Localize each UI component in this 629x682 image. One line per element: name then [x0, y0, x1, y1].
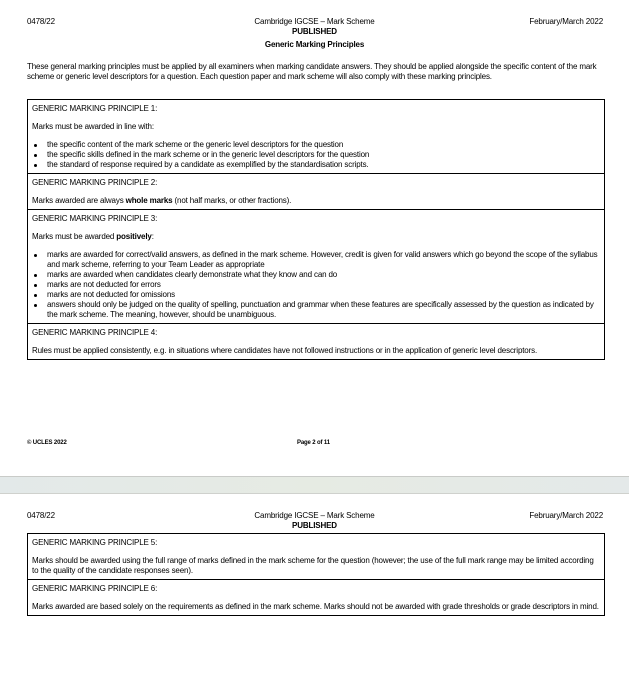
exam-session: February/March 2022: [529, 511, 603, 521]
principle-text-part: :: [152, 232, 154, 241]
principle-text: Marks should be awarded using the full r…: [32, 556, 600, 576]
list-item: marks are awarded when candidates clearl…: [32, 270, 600, 280]
principle-title: GENERIC MARKING PRINCIPLE 6:: [32, 584, 600, 594]
list-item: marks are not deducted for omissions: [32, 290, 600, 300]
page-number: Page 2 of 11: [297, 438, 330, 448]
published-label: PUBLISHED: [0, 521, 629, 531]
principle-1: GENERIC MARKING PRINCIPLE 1: Marks must …: [28, 100, 604, 173]
published-label: PUBLISHED: [0, 27, 629, 37]
principle-text-emphasis: whole marks: [126, 196, 173, 205]
principle-text-part: (not half marks, or other fractions).: [172, 196, 291, 205]
principle-text-emphasis: positively: [116, 232, 151, 241]
list-item: marks are not deducted for errors: [32, 280, 600, 290]
principles-table: GENERIC MARKING PRINCIPLE 5: Marks shoul…: [27, 533, 605, 616]
principle-title: GENERIC MARKING PRINCIPLE 5:: [32, 538, 600, 548]
principle-4: GENERIC MARKING PRINCIPLE 4: Rules must …: [28, 323, 604, 359]
principle-text: Marks awarded are based solely on the re…: [32, 602, 600, 612]
principle-6: GENERIC MARKING PRINCIPLE 6: Marks award…: [28, 579, 604, 615]
principle-title: GENERIC MARKING PRINCIPLE 2:: [32, 178, 600, 188]
principle-text: Marks must be awarded positively:: [32, 232, 600, 242]
principles-table: GENERIC MARKING PRINCIPLE 1: Marks must …: [27, 99, 605, 360]
list-item: the specific skills defined in the mark …: [32, 150, 600, 160]
principle-2: GENERIC MARKING PRINCIPLE 2: Marks award…: [28, 173, 604, 209]
list-item: answers should only be judged on the qua…: [32, 300, 600, 320]
principle-text-part: Marks must be awarded: [32, 232, 116, 241]
principle-3: GENERIC MARKING PRINCIPLE 3: Marks must …: [28, 209, 604, 323]
principle-title: GENERIC MARKING PRINCIPLE 3:: [32, 214, 600, 224]
principle-text-part: Marks awarded are always: [32, 196, 126, 205]
intro-paragraph: These general marking principles must be…: [27, 62, 607, 82]
principle-text-part: Marks must be awarded in line with:: [32, 122, 154, 131]
principle-text: Marks must be awarded in line with:: [32, 122, 600, 132]
principle-bullet-list: the specific content of the mark scheme …: [32, 140, 600, 170]
principle-text: Marks awarded are always whole marks (no…: [32, 196, 600, 206]
list-item: marks are awarded for correct/valid answ…: [32, 250, 600, 270]
principle-title: GENERIC MARKING PRINCIPLE 4:: [32, 328, 600, 338]
principle-bullet-list: marks are awarded for correct/valid answ…: [32, 250, 600, 320]
document-page-3: 0478/22 Cambridge IGCSE – Mark Scheme PU…: [0, 494, 629, 682]
exam-session: February/March 2022: [529, 17, 603, 27]
principle-title: GENERIC MARKING PRINCIPLE 1:: [32, 104, 600, 114]
list-item: the standard of response required by a c…: [32, 160, 600, 170]
principle-5: GENERIC MARKING PRINCIPLE 5: Marks shoul…: [28, 534, 604, 579]
document-page-2: 0478/22 Cambridge IGCSE – Mark Scheme PU…: [0, 0, 629, 476]
page-separator: [0, 476, 629, 494]
section-heading: Generic Marking Principles: [0, 40, 629, 50]
copyright-notice: © UCLES 2022: [27, 438, 67, 448]
list-item: the specific content of the mark scheme …: [32, 140, 600, 150]
principle-text: Rules must be applied consistently, e.g.…: [32, 346, 600, 356]
